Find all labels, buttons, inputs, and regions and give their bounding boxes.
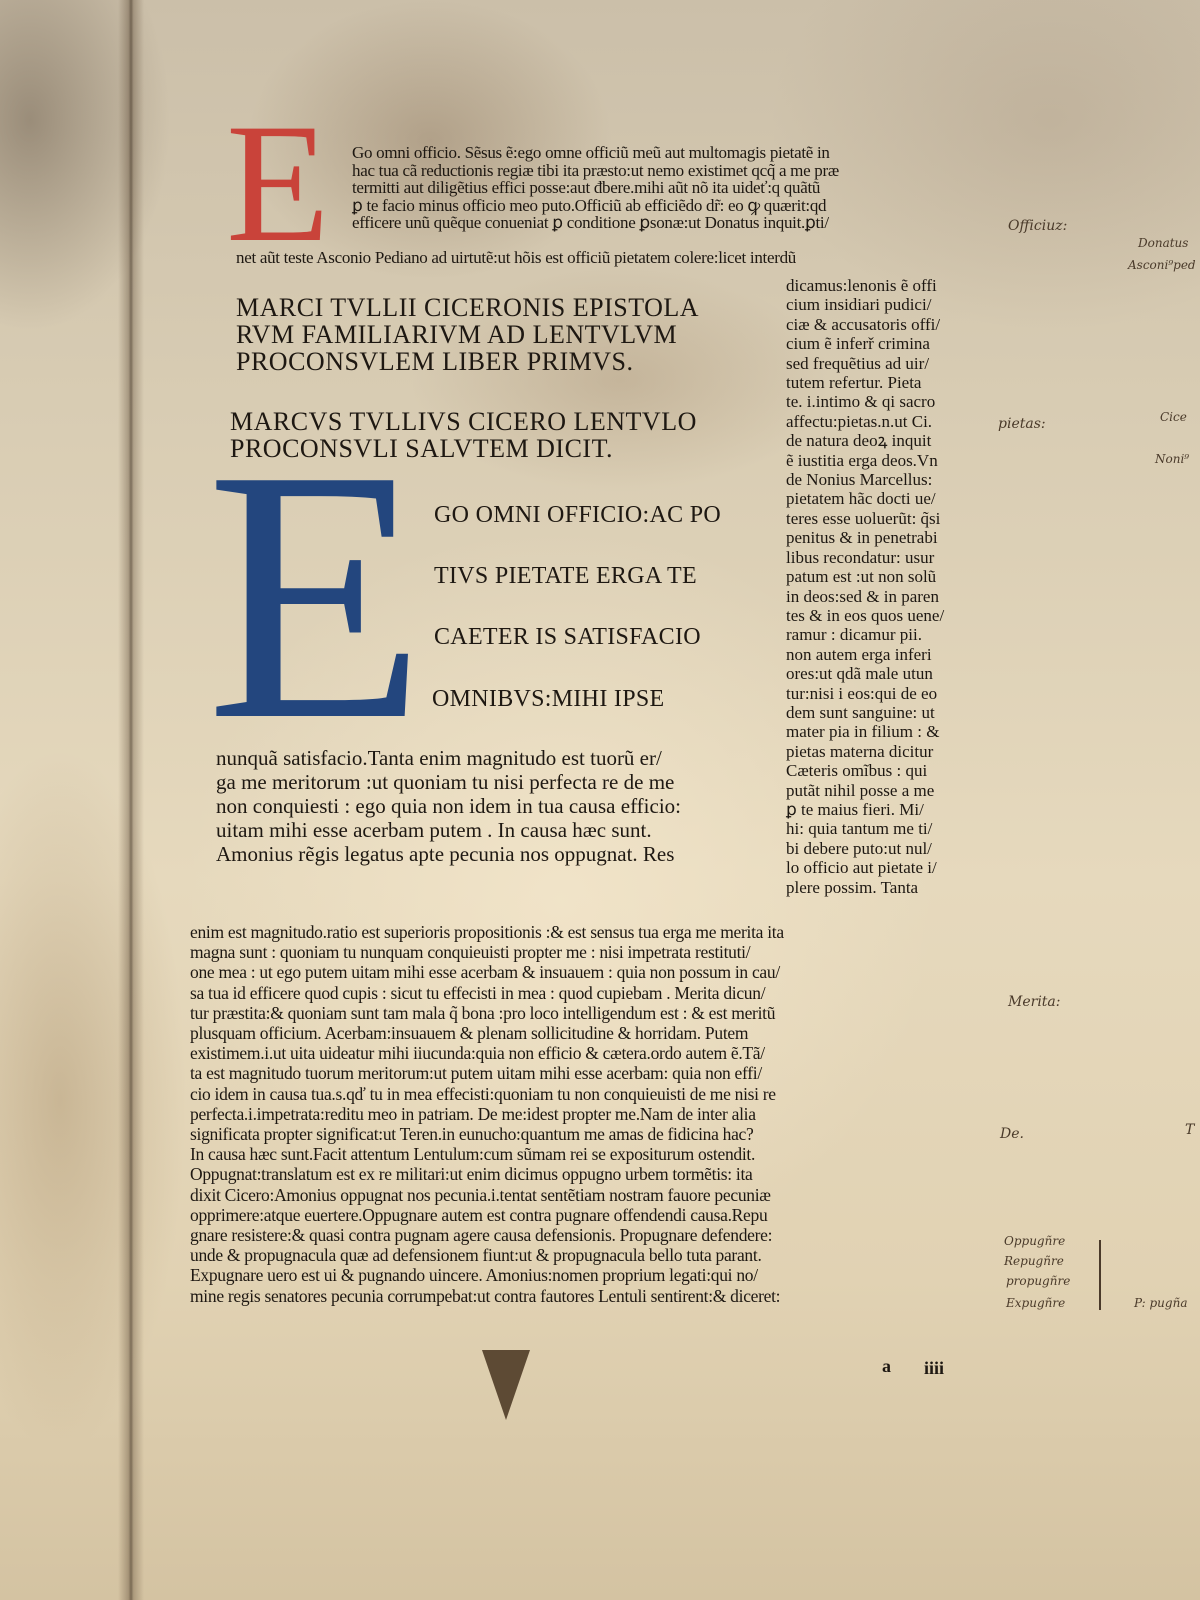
- marginal-note: Noni⁹: [1155, 452, 1189, 466]
- side-line: in deos:sed & in paren: [786, 587, 944, 606]
- side-line: ẽ iustitia erga deos.Vn: [786, 451, 944, 470]
- signature-numeral: iiii: [924, 1358, 944, 1379]
- letter-line: uitam mihi esse acerbam putem . In causa…: [216, 818, 681, 842]
- opening-caps-line: TIVS PIETATE ERGA TE: [434, 563, 697, 590]
- commentary-line: opprimere:atque euertere.Oppugnare autem…: [190, 1205, 784, 1225]
- side-line: dicamus:lenonis ẽ offi: [786, 276, 944, 295]
- side-line: affectu:pietas.n.ut Ci.: [786, 412, 944, 431]
- commentary-line: unde & propugnacula quæ ad defensionem f…: [190, 1245, 784, 1265]
- side-line: patum est :ut non solũ: [786, 567, 944, 586]
- title-line: RVM FAMILIARIVM AD LENTVLVM: [236, 321, 699, 348]
- side-line: plere possim. Tanta: [786, 878, 944, 897]
- side-commentary: dicamus:lenonis ẽ offi cium insidiari pu…: [786, 276, 944, 897]
- letter-line: nunquã satisfacio.Tanta enim magnitudo e…: [216, 746, 681, 770]
- title-line: MARCI TVLLII CICERONIS EPISTOLA: [236, 294, 699, 321]
- marginal-note: Repugñre: [1004, 1254, 1064, 1268]
- commentary-line: magna sunt : quoniam tu nunquam conquieu…: [190, 942, 784, 962]
- side-line: cium ẽ inferř crimina: [786, 334, 944, 353]
- book-gutter: [118, 0, 144, 1600]
- side-line: pietas materna dicitur: [786, 742, 944, 761]
- marginal-bracket: [1099, 1240, 1101, 1310]
- marginal-note: P: pugña: [1134, 1296, 1187, 1310]
- side-line: te. i.intimo & qi sacro: [786, 392, 944, 411]
- marginal-note: Asconi⁹ped: [1128, 258, 1196, 272]
- side-line: dem sunt sanguine: ut: [786, 703, 944, 722]
- marginal-note: Cice: [1160, 410, 1187, 424]
- commentary-line: tur præstita:& quoniam sunt tam mala q̃ …: [190, 1003, 784, 1023]
- commentary-line: existimem.i.ut uita uideatur mihi iiucun…: [190, 1043, 784, 1063]
- side-line: teres esse uoluerũt: q̃si: [786, 509, 944, 528]
- red-initial-letter: E: [226, 108, 330, 258]
- blue-initial-letter: E: [206, 450, 426, 740]
- commentary-line: perfecta.i.impetrata:reditu meo in patri…: [190, 1104, 784, 1124]
- top-commentary: Go omni officio. Sẽsus ẽ:ego omne offici…: [352, 144, 839, 232]
- commentary-line: one mea : ut ego putem uitam mihi esse a…: [190, 962, 784, 982]
- side-line: libus recondatur: usur: [786, 548, 944, 567]
- commentary-line: Expugnare uero est ui & pugnando uincere…: [190, 1265, 784, 1285]
- side-line: cium insidiari pudici/: [786, 295, 944, 314]
- side-line: de Nonius Marcellus:: [786, 470, 944, 489]
- commentary-line: efficere unũ quẽque conueniat ꝑ conditio…: [352, 214, 839, 232]
- side-line: ꝑ te maius fieri. Mi/: [786, 800, 944, 819]
- letter-line: Amonius rẽgis legatus apte pecunia nos o…: [216, 842, 681, 866]
- commentary-line: plusquam officium. Acerbam:insuauem & pl…: [190, 1023, 784, 1043]
- side-line: tutem refertur. Pieta: [786, 373, 944, 392]
- side-line: penitus & in penetrabi: [786, 528, 944, 547]
- marginal-note: De.: [1000, 1126, 1024, 1142]
- side-line: Cæteris omĩbus : qui: [786, 761, 944, 780]
- side-line: sed frequẽtius ad uir/: [786, 354, 944, 373]
- commentary-line-wide: net aũt teste Asconio Pediano ad uirtutẽ…: [236, 249, 796, 267]
- marginal-note: T: [1185, 1122, 1194, 1138]
- commentary-line: In causa hæc sunt.Facit attentum Lentulu…: [190, 1144, 784, 1164]
- book-title: MARCI TVLLII CICERONIS EPISTOLA RVM FAMI…: [236, 294, 699, 375]
- main-letter-text: nunquã satisfacio.Tanta enim magnitudo e…: [216, 746, 681, 866]
- commentary-line: dixit Cicero:Amonius oppugnat nos pecuni…: [190, 1185, 784, 1205]
- commentary-line: mine regis senatores pecunia corrumpebat…: [190, 1286, 784, 1306]
- side-line: hi: quia tantum me ti/: [786, 819, 944, 838]
- letter-line: non conquiesti : ego quia non idem in tu…: [216, 794, 681, 818]
- side-line: ramur : dicamur pii.: [786, 625, 944, 644]
- side-line: ores:ut qdã male utun: [786, 664, 944, 683]
- marginal-note: Expugñre: [1006, 1296, 1065, 1310]
- side-line: tes & in eos quos uene/: [786, 606, 944, 625]
- marginal-note: pietas:: [998, 416, 1046, 432]
- marginal-note: propugñre: [1006, 1274, 1070, 1288]
- commentary-line: ta est magnitudo tuorum meritorum:ut put…: [190, 1063, 784, 1083]
- side-line: non autem erga inferi: [786, 645, 944, 664]
- letter-line: ga me meritorum :ut quoniam tu nisi perf…: [216, 770, 681, 794]
- commentary-line: sa tua id efficere quod cupis : sicut tu…: [190, 983, 784, 1003]
- side-line: de natura deoꝝ inquit: [786, 431, 944, 450]
- side-line: bi debere puto:ut nul/: [786, 839, 944, 858]
- marginal-note: Officiuz:: [1008, 218, 1067, 234]
- side-line: lo officio aut pietate i/: [786, 858, 944, 877]
- commentary-line: Oppugnat:translatum est ex re militari:u…: [190, 1164, 784, 1184]
- commentary-line: gnare resistere:& quasi contra pugnam ag…: [190, 1225, 784, 1245]
- marginal-note: Oppugñre: [1004, 1234, 1065, 1248]
- ink-stain: [482, 1350, 530, 1420]
- marginal-note: Merita:: [1008, 994, 1060, 1010]
- side-line: mater pia in filium : &: [786, 722, 944, 741]
- signature-letter: a: [882, 1356, 891, 1377]
- commentary-line: ꝑ te facio minus officio meo puto.Offici…: [352, 197, 839, 215]
- commentary-line: significata propter significat:ut Teren.…: [190, 1124, 784, 1144]
- commentary-line: hac tua cã reductionis regiæ tibi ita pr…: [352, 162, 839, 180]
- marginal-note: Donatus: [1138, 236, 1188, 250]
- opening-caps-line: OMNIBVS:MIHI IPSE: [432, 686, 664, 713]
- title-line: PROCONSVLEM LIBER PRIMVS.: [236, 348, 699, 375]
- commentary-line: cio idem in causa tua.s.qď tu in mea eff…: [190, 1084, 784, 1104]
- parchment-page: E Go omni officio. Sẽsus ẽ:ego omne offi…: [0, 0, 1200, 1600]
- commentary-line: termitti aut diligẽtius effici posse:aut…: [352, 179, 839, 197]
- side-line: ciæ & accusatoris offi/: [786, 315, 944, 334]
- side-line: putãt nihil posse a me: [786, 781, 944, 800]
- side-line: tur:nisi i eos:qui de eo: [786, 684, 944, 703]
- opening-caps-line: GO OMNI OFFICIO:AC PO: [434, 502, 721, 529]
- lower-commentary: enim est magnitudo.ratio est superioris …: [190, 922, 784, 1306]
- opening-caps-line: CAETER IS SATISFACIO: [434, 624, 701, 651]
- commentary-line: enim est magnitudo.ratio est superioris …: [190, 922, 784, 942]
- commentary-line: Go omni officio. Sẽsus ẽ:ego omne offici…: [352, 144, 839, 162]
- side-line: pietatem hãc docti ue/: [786, 489, 944, 508]
